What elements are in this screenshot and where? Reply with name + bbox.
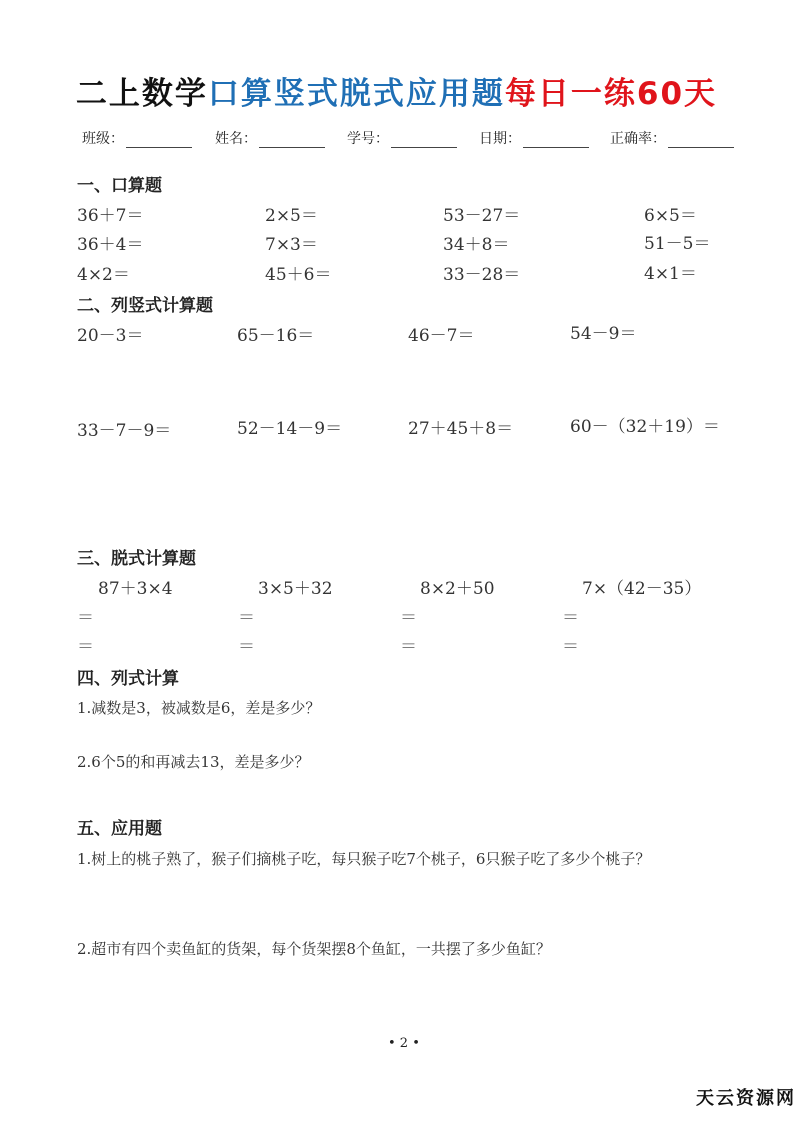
stepwise-problem: 3×5＋32	[258, 574, 333, 599]
vertical-problem: 52－14－9＝	[237, 414, 342, 439]
oral-problem: 7×3＝	[265, 230, 318, 255]
oral-problem: 33－28＝	[443, 260, 520, 285]
oral-problem: 34＋8＝	[443, 230, 509, 255]
equals-sign: ＝	[562, 632, 579, 657]
vertical-problem: 27＋45＋8＝	[408, 414, 513, 439]
vertical-problem: 20－3＝	[77, 321, 143, 346]
equals-sign: ＝	[77, 632, 94, 657]
equals-sign: ＝	[77, 603, 94, 628]
oral-problem: 36＋4＝	[77, 230, 143, 255]
vertical-problem: 33－7－9＝	[77, 416, 171, 441]
student-info-row: 班级： 姓名： 学号： 日期： 正确率：	[0, 128, 793, 148]
section-stepwise-heading: 三、脱式计算题	[77, 544, 196, 569]
section-application-heading: 五、应用题	[77, 814, 162, 839]
class-label: 班级：	[82, 131, 124, 147]
date-blank[interactable]	[523, 133, 589, 148]
name-field[interactable]: 姓名：	[215, 128, 325, 148]
oral-problem: 6×5＝	[644, 201, 697, 226]
accuracy-label: 正确率：	[610, 131, 666, 147]
equals-sign: ＝	[238, 603, 255, 628]
title-grade-subject: 二上数学	[76, 76, 208, 112]
oral-problem: 51－5＝	[644, 229, 710, 254]
title-daily-practice: 每日一练60天	[505, 76, 717, 112]
accuracy-blank[interactable]	[668, 133, 734, 148]
date-field[interactable]: 日期：	[479, 128, 589, 148]
equals-sign: ＝	[400, 632, 417, 657]
equals-sign: ＝	[400, 603, 417, 628]
section-oral-heading: 一、口算题	[77, 171, 162, 196]
expression-question: 2.6个5的和再减去13，差是多少？	[77, 751, 310, 772]
oral-problem: 36＋7＝	[77, 201, 143, 226]
accuracy-field[interactable]: 正确率：	[610, 128, 734, 148]
oral-problem: 2×5＝	[265, 201, 318, 226]
oral-problem: 4×1＝	[644, 259, 697, 284]
page-number: • 2 •	[388, 1036, 420, 1051]
section-expression-heading: 四、列式计算	[77, 664, 179, 689]
student-id-field[interactable]: 学号：	[347, 128, 457, 148]
stepwise-problem: 8×2＋50	[420, 574, 495, 599]
stepwise-problem: 7×（42－35）	[582, 574, 701, 599]
page-title: 二上数学口算竖式脱式应用题每日一练60天	[0, 68, 793, 113]
vertical-problem: 54－9＝	[570, 319, 636, 344]
class-blank[interactable]	[126, 133, 192, 148]
vertical-problem: 60－（32＋19）＝	[570, 412, 720, 437]
student-id-blank[interactable]	[391, 133, 457, 148]
watermark: 天云资源网	[696, 1084, 793, 1110]
vertical-problem: 46－7＝	[408, 321, 474, 346]
application-question: 2.超市有四个卖鱼缸的货架，每个货架摆8个鱼缸，一共摆了多少鱼缸？	[77, 938, 551, 959]
name-label: 姓名：	[215, 131, 257, 147]
student-id-label: 学号：	[347, 131, 389, 147]
equals-sign: ＝	[238, 632, 255, 657]
class-field[interactable]: 班级：	[82, 128, 192, 148]
application-question: 1.树上的桃子熟了，猴子们摘桃子吃，每只猴子吃7个桃子，6只猴子吃了多少个桃子？	[77, 848, 650, 869]
title-topics: 口算竖式脱式应用题	[208, 76, 505, 112]
oral-problem: 4×2＝	[77, 260, 130, 285]
stepwise-problem: 87＋3×4	[98, 574, 173, 599]
date-label: 日期：	[479, 131, 521, 147]
oral-problem: 53－27＝	[443, 201, 520, 226]
section-vertical-heading: 二、列竖式计算题	[77, 291, 213, 316]
vertical-problem: 65－16＝	[237, 321, 314, 346]
name-blank[interactable]	[259, 133, 325, 148]
expression-question: 1.减数是3，被减数是6，差是多少？	[77, 697, 320, 718]
oral-problem: 45＋6＝	[265, 260, 331, 285]
equals-sign: ＝	[562, 603, 579, 628]
